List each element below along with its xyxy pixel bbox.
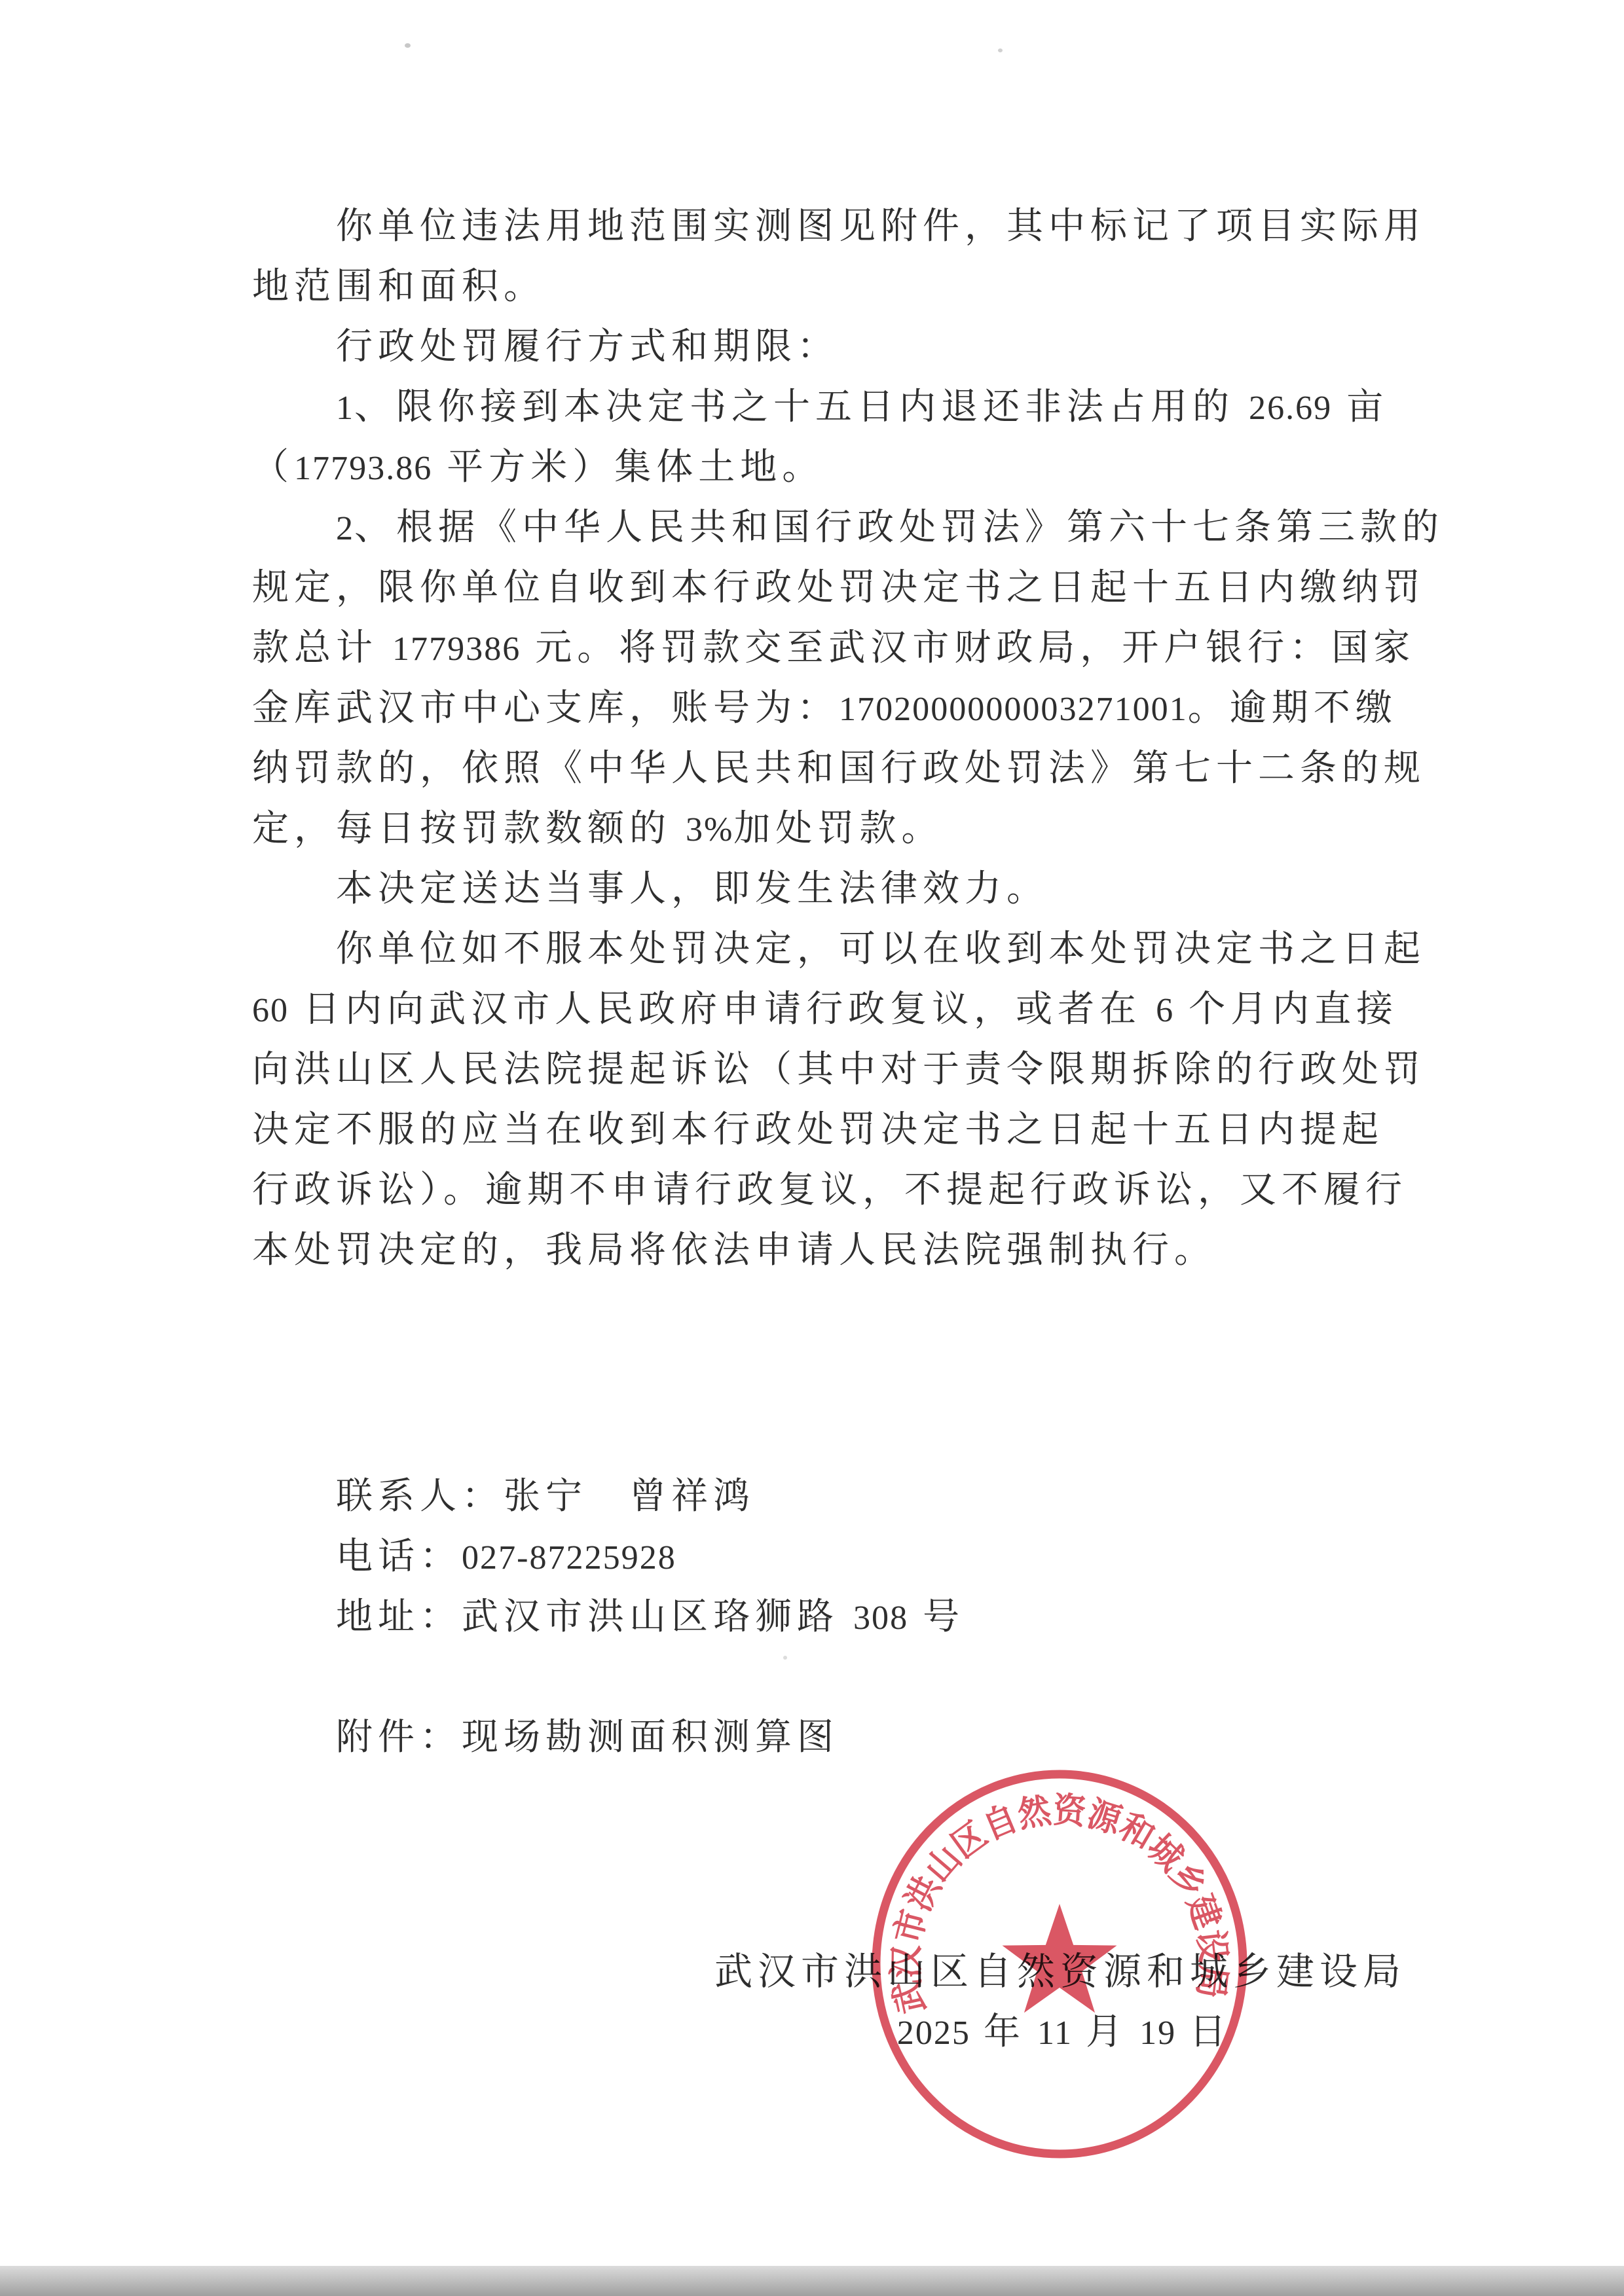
body-line: 决定不服的应当在收到本行政处罚决定书之日起十五日内提起 [252,1100,1405,1160]
body-line: 纳罚款的，依照《中华人民共和国行政处罚法》第七十二条的规 [252,738,1405,799]
body-line: （17793.86 平方米）集体土地。 [252,437,1405,498]
scan-speck [783,1656,787,1660]
body-line: 2、根据《中华人民共和国行政处罚法》第六十七条第三款的 [252,498,1405,558]
body-line: 款总计 1779386 元。将罚款交至武汉市财政局，开户银行：国家 [252,618,1405,678]
body-line: 地范围和面积。 [252,257,1405,317]
body-line: 向洪山区人民法院提起诉讼（其中对于责令限期拆除的行政处罚 [252,1040,1405,1100]
ascii-run: 1779386 [392,630,521,668]
body-line: 你单位违法用地范围实测图见附件，其中标记了项目实际用 [252,196,1405,257]
ascii-run: 1 [336,390,354,427]
scanned-document-page: 你单位违法用地范围实测图见附件，其中标记了项目实际用地范围和面积。行政处罚履行方… [0,0,1624,2296]
contact-address-line: 地址：武汉市洪山区珞狮路 308 号 [252,1587,1405,1647]
scan-speck [998,48,1003,52]
ascii-run: 2 [336,510,354,547]
body-line: 金库武汉市中心支库，账号为：1702000000003271001。逾期不缴 [252,678,1405,738]
official-seal-stamp: 武汉市洪山区自然资源和城乡建设局 [863,1761,1256,2167]
body-line: 本处罚决定的，我局将依法申请人民法院强制执行。 [252,1220,1405,1281]
ascii-run: 26.69 [1249,390,1332,427]
contact-block: 联系人：张宁 曾祥鸿 电话：027-87225928 地址：武汉市洪山区珞狮路 … [252,1467,1405,1768]
contact-person-line: 联系人：张宁 曾祥鸿 [252,1467,1405,1527]
contact-phone-line: 电话：027-87225928 [252,1527,1405,1587]
body-line: 规定，限你单位自收到本行政处罚决定书之日起十五日内缴纳罚 [252,558,1405,618]
body-line: 行政处罚履行方式和期限： [252,317,1405,377]
ascii-run: 60 [252,992,289,1029]
body-line: 本决定送达当事人，即发生法律效力。 [252,859,1405,919]
star-icon [1003,1904,1117,2013]
ascii-run: 027-87225928 [462,1539,676,1576]
body-paragraphs: 你单位违法用地范围实测图见附件，其中标记了项目实际用地范围和面积。行政处罚履行方… [252,196,1405,1281]
ascii-run: 6 [1156,992,1174,1029]
body-line: 你单位如不服本处罚决定，可以在收到本处罚决定书之日起 [252,919,1405,979]
body-line: 1、限你接到本决定书之十五日内退还非法占用的 26.69 亩 [252,377,1405,437]
attachment-line: 附件：现场勘测面积测算图 [252,1707,1405,1768]
ascii-run: 308 [853,1599,908,1637]
ascii-run: 1702000000003271001 [839,691,1188,728]
body-line: 60 日内向武汉市人民政府申请行政复议，或者在 6 个月内直接 [252,979,1405,1040]
ascii-run: 17793.86 [294,450,432,487]
scan-speck [405,43,411,48]
scan-edge-artifact [0,2266,1624,2296]
blank-line [252,1647,1405,1707]
ascii-run: 3% [686,811,733,848]
body-line: 定，每日按罚款数额的 3%加处罚款。 [252,799,1405,859]
body-line: 行政诉讼）。逾期不申请行政复议，不提起行政诉讼，又不履行 [252,1160,1405,1220]
